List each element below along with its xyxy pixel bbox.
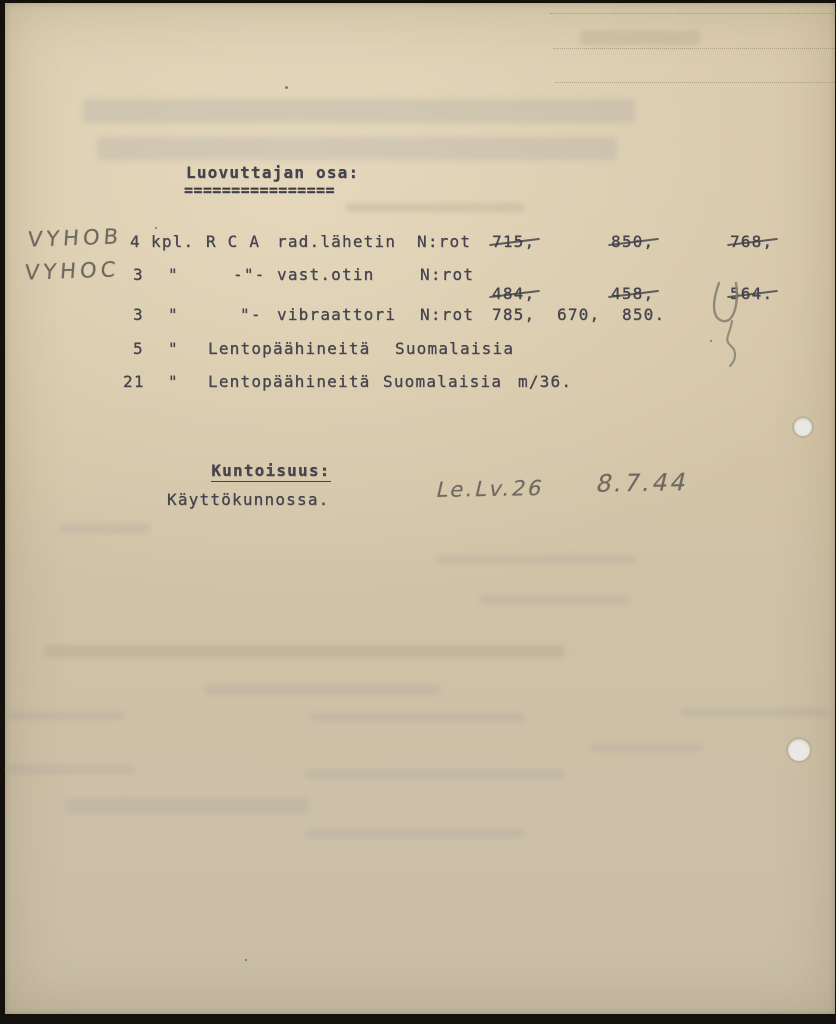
section-heading-underline: ================ (184, 181, 335, 199)
bleedthrough-line (305, 769, 565, 779)
bleedthrough-line (45, 645, 565, 657)
row-unit: " (168, 265, 179, 284)
row-qty: 4 (130, 232, 141, 251)
row-unit: " (168, 372, 179, 391)
section-heading: Luovuttajan osa: (186, 163, 359, 182)
bleedthrough-ruled-line (553, 48, 836, 49)
serial-number: 850. (622, 305, 665, 324)
row-model: m/36. (518, 372, 572, 391)
row-unit: " (168, 339, 179, 358)
inventory-row: 4 kpl. R C A rad.lähetin N:rot 715, 850,… (5, 3, 835, 22)
row-maker: R C A (206, 232, 260, 251)
row-num-label: N:rot (420, 305, 474, 324)
row-maker: -"- (233, 265, 266, 284)
bleedthrough-line (60, 523, 150, 534)
row-item: vast.otin (277, 265, 375, 284)
bleedthrough-line (5, 765, 135, 774)
inventory-row: 3 " -"- vast.otin N:rot 484, 458, 564. (5, 22, 835, 41)
bleedthrough-title-line (97, 137, 617, 160)
serial-number: 670, (557, 305, 600, 324)
bleedthrough-line (205, 685, 440, 695)
date-annotation: 8.7.44 (594, 468, 692, 498)
row-item-origin: Suomalaisia (383, 372, 502, 391)
row-qty: 5 (133, 339, 144, 358)
pencil-mark (705, 275, 775, 375)
hole-punch (794, 418, 812, 436)
condition-heading-text: Kuntoisuus: (211, 461, 330, 482)
row-qty: 3 (133, 305, 144, 324)
hole-punch (788, 739, 810, 761)
bleedthrough-title-line (83, 99, 635, 123)
row-unit: kpl. (151, 232, 194, 251)
row-item: rad.lähetin (277, 232, 396, 251)
serial-number-cancelled: 458, (611, 284, 654, 303)
bleedthrough-line (310, 713, 525, 722)
serial-number-cancelled: 768, (730, 232, 773, 251)
row-qty: 3 (133, 265, 144, 284)
dust-speck (245, 959, 247, 961)
dust-speck (710, 340, 712, 342)
row-item-origin: Suomalaisia (395, 339, 514, 358)
serial-number-cancelled: 484, (492, 284, 535, 303)
document-page: Luovuttajan osa: ================ VYHOB … (5, 3, 835, 1014)
dust-speck (155, 227, 157, 229)
row-item-name: Lentopäähineitä (208, 372, 371, 391)
bleedthrough-line (590, 743, 702, 752)
bleedthrough-line (480, 595, 630, 604)
bleedthrough-line (680, 708, 830, 717)
bleedthrough-line (435, 555, 635, 564)
dust-speck (285, 86, 288, 89)
squadron-annotation: Le.Lv.26 (434, 476, 547, 502)
row-num-label: N:rot (420, 265, 474, 284)
margin-note-vyhob: VYHOB (27, 224, 123, 251)
serial-number: 785, (492, 305, 535, 324)
bleedthrough-line (305, 829, 525, 838)
row-num-label: N:rot (417, 232, 471, 251)
row-maker: "- (240, 305, 262, 324)
serial-number-cancelled: 850, (611, 232, 654, 251)
margin-note-vyhoc: VYHOC (24, 257, 120, 284)
row-unit: " (168, 305, 179, 324)
row-item-name: Lentopäähineitä (208, 339, 371, 358)
bleedthrough-signature (65, 798, 310, 814)
row-item: vibraattori (277, 305, 396, 324)
bleedthrough-ruled-line (555, 82, 836, 83)
condition-body: Käyttökunnossa. (167, 490, 330, 509)
bleedthrough-line (5, 711, 125, 720)
row-qty: 21 (123, 372, 145, 391)
serial-number-cancelled: 715, (492, 232, 535, 251)
bleedthrough-line (345, 203, 525, 212)
